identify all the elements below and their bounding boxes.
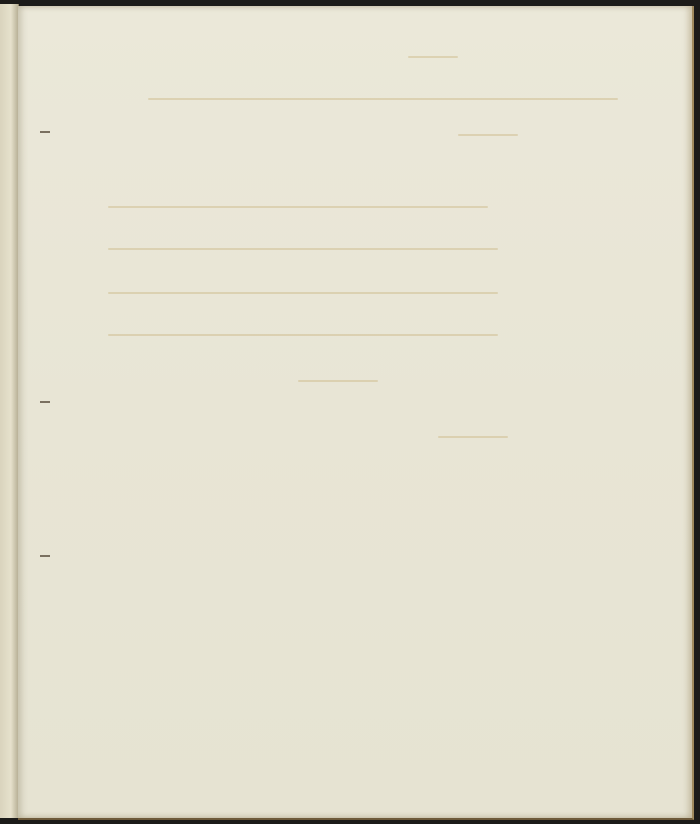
bleed-line [108,292,498,294]
bleed-line [458,134,518,136]
bleed-signature [438,436,508,438]
stitch-mark [40,131,50,133]
binding-edge [0,4,19,818]
stitch-mark [40,555,50,557]
bleed-line [408,56,458,58]
bleed-line [148,98,618,100]
bleed-line [108,334,498,336]
stitch-mark [40,401,50,403]
manuscript-page [18,6,694,820]
bleed-line [298,380,378,382]
bleed-line [108,248,498,250]
scan-background [0,0,700,824]
bleed-line [108,206,488,208]
